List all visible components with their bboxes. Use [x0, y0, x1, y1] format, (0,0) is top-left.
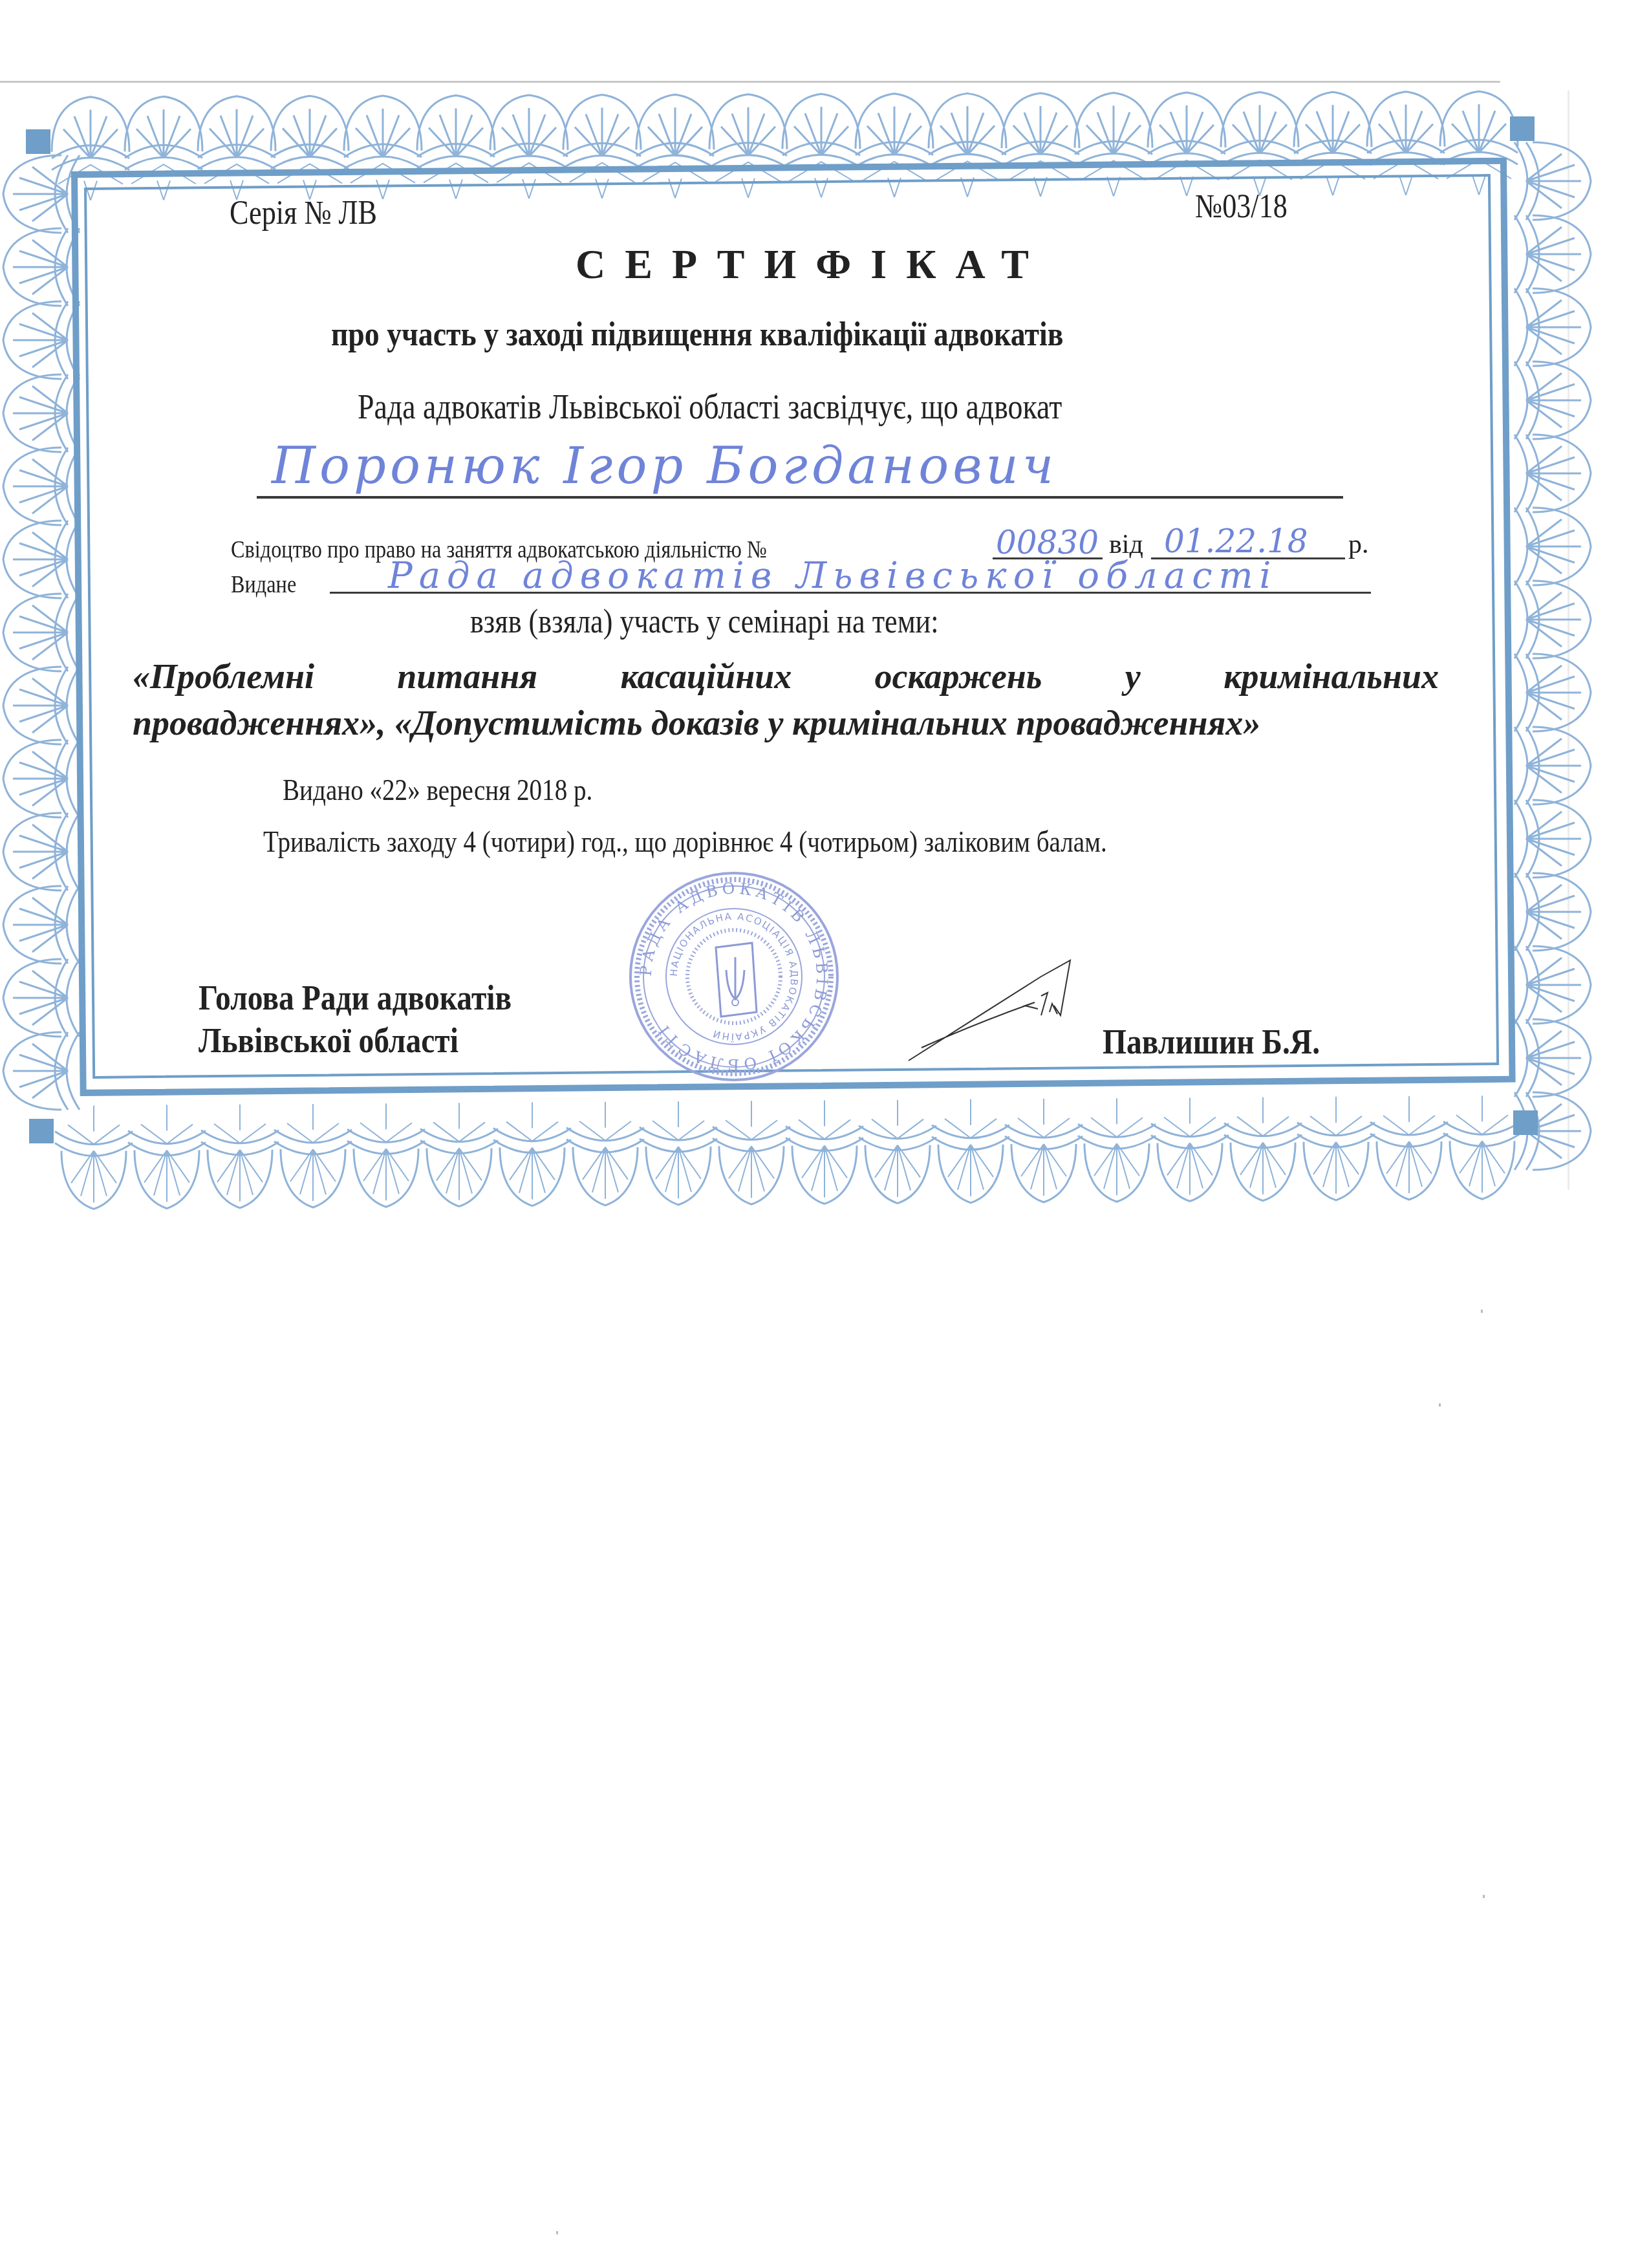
scan-speck	[1439, 1403, 1441, 1407]
signatory-position: Голова Ради адвокатів Львівської області	[199, 977, 512, 1062]
issued-by-label: Видане	[231, 570, 296, 599]
participation-text: взяв (взяла) участь у семінарі на теми:	[470, 603, 939, 641]
document-subtitle: про участь у заході підвищення кваліфіка…	[331, 316, 1063, 354]
year-suffix: р.	[1348, 529, 1369, 560]
series-label: Серія № ЛВ	[230, 194, 377, 232]
document-title: СЕРТИФІКАТ	[576, 241, 1048, 288]
topics-line-2: провадженнях», «Допустимість доказів у к…	[133, 704, 1260, 742]
trident-icon	[716, 943, 757, 1017]
signatory-name: Павлишин Б.Я.	[1103, 1022, 1320, 1062]
scan-speck	[1483, 1895, 1485, 1898]
signature	[902, 957, 1115, 1067]
signatory-position-line-2: Львівської області	[199, 1019, 512, 1062]
certifies-text: Рада адвокатів Львівської області засвід…	[358, 387, 1062, 427]
issued-by-handwritten: Рада адвокатів Львівської області	[388, 555, 1278, 597]
official-stamp: РАДА АДВОКАТІВ ЛЬВІВСЬКОЇ ОБЛАСТІ НАЦІОН…	[624, 867, 844, 1086]
signatory-position-line-1: Голова Ради адвокатів	[199, 977, 512, 1019]
scan-speck	[1481, 1310, 1483, 1313]
scan-speck	[556, 2231, 558, 2234]
certificate-number: №03/18	[1195, 188, 1288, 226]
topics-line-1: «Проблемні питання касаційних оскаржень …	[133, 653, 1439, 700]
attorney-name-handwritten: Поронюк Ігор Богданович	[272, 437, 1057, 495]
seminar-topics: «Проблемні питання касаційних оскаржень …	[133, 653, 1439, 746]
name-underline	[257, 496, 1343, 499]
duration-text: Тривалість заходу 4 (чотири) год., що до…	[263, 825, 1107, 859]
issue-date: Видано «22» вересня 2018 р.	[283, 773, 592, 807]
